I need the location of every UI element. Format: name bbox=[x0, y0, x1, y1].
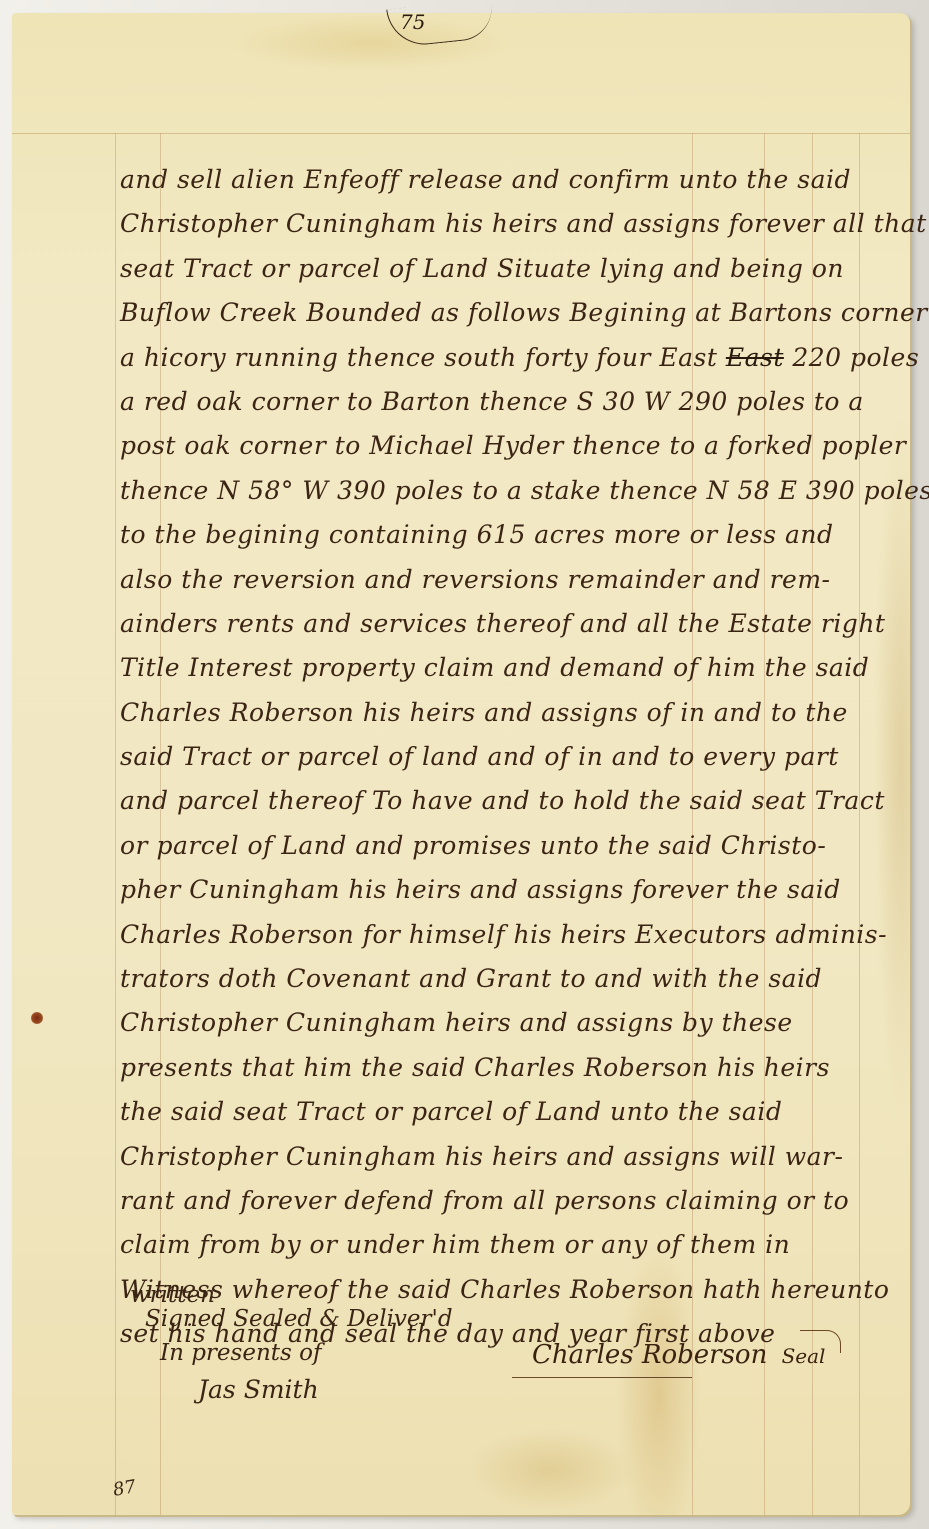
deed-line: Christopher Cuningham his heirs and assi… bbox=[120, 1135, 900, 1179]
margin-note: 87 bbox=[111, 1476, 137, 1501]
deed-line: Title Interest property claim and demand… bbox=[120, 646, 900, 690]
deed-line-text: a hicory running thence south forty four… bbox=[120, 343, 717, 372]
deed-line: and parcel thereof To have and to hold t… bbox=[120, 779, 900, 823]
deed-line: ainders rents and services thereof and a… bbox=[120, 602, 900, 646]
seal-flourish bbox=[800, 1330, 841, 1353]
ruled-line-margin bbox=[115, 133, 116, 1515]
deed-line: also the reversion and reversions remain… bbox=[120, 558, 900, 602]
witness-signature: Jas Smith bbox=[198, 1375, 319, 1404]
deed-line: trators doth Covenant and Grant to and w… bbox=[120, 957, 900, 1001]
deed-line: rant and forever defend from all persons… bbox=[120, 1179, 900, 1223]
deed-line: Christopher Cuningham his heirs and assi… bbox=[120, 202, 900, 246]
signature-name: Charles Roberson bbox=[532, 1340, 767, 1370]
in-presence-of: In presents of bbox=[160, 1340, 321, 1366]
deed-line: said Tract or parcel of land and of in a… bbox=[120, 735, 900, 779]
deed-line: pher Cuningham his heirs and assigns for… bbox=[120, 868, 900, 912]
signed-sealed-delivered: Signed Sealed & Deliver'd bbox=[145, 1306, 453, 1332]
closing-written: written bbox=[130, 1282, 215, 1308]
ink-stain bbox=[31, 1012, 43, 1024]
signature-underline bbox=[512, 1377, 692, 1378]
deed-line: Buflow Creek Bounded as follows Begining… bbox=[120, 291, 900, 335]
deed-line: Christopher Cuningham heirs and assigns … bbox=[120, 1001, 900, 1045]
deed-line: a red oak corner to Barton thence S 30 W… bbox=[120, 380, 900, 424]
deed-line: Charles Roberson his heirs and assigns o… bbox=[120, 691, 900, 735]
deed-line: and sell alien Enfeoff release and confi… bbox=[120, 158, 900, 202]
deed-line: post oak corner to Michael Hyder thence … bbox=[120, 424, 900, 468]
deed-line: presents that him the said Charles Rober… bbox=[120, 1046, 900, 1090]
deed-line: thence N 58° W 390 poles to a stake then… bbox=[120, 469, 900, 513]
deed-line: or parcel of Land and promises unto the … bbox=[120, 824, 900, 868]
deed-line: a hicory running thence south forty four… bbox=[120, 336, 900, 380]
struck-word: East bbox=[726, 343, 784, 372]
ruled-line-horizontal bbox=[12, 133, 910, 134]
deed-line-text: 220 poles to bbox=[792, 343, 929, 372]
deed-line: the said seat Tract or parcel of Land un… bbox=[120, 1090, 900, 1134]
deed-line: Charles Roberson for himself his heirs E… bbox=[120, 913, 900, 957]
deed-line: to the begining containing 615 acres mor… bbox=[120, 513, 900, 557]
page-number: 75 bbox=[400, 10, 425, 34]
grantor-signature: Charles Roberson Seal bbox=[532, 1340, 825, 1370]
deed-line: claim from by or under him them or any o… bbox=[120, 1223, 900, 1267]
deed-body: and sell alien Enfeoff release and confi… bbox=[120, 158, 900, 1357]
deed-line: seat Tract or parcel of Land Situate lyi… bbox=[120, 247, 900, 291]
